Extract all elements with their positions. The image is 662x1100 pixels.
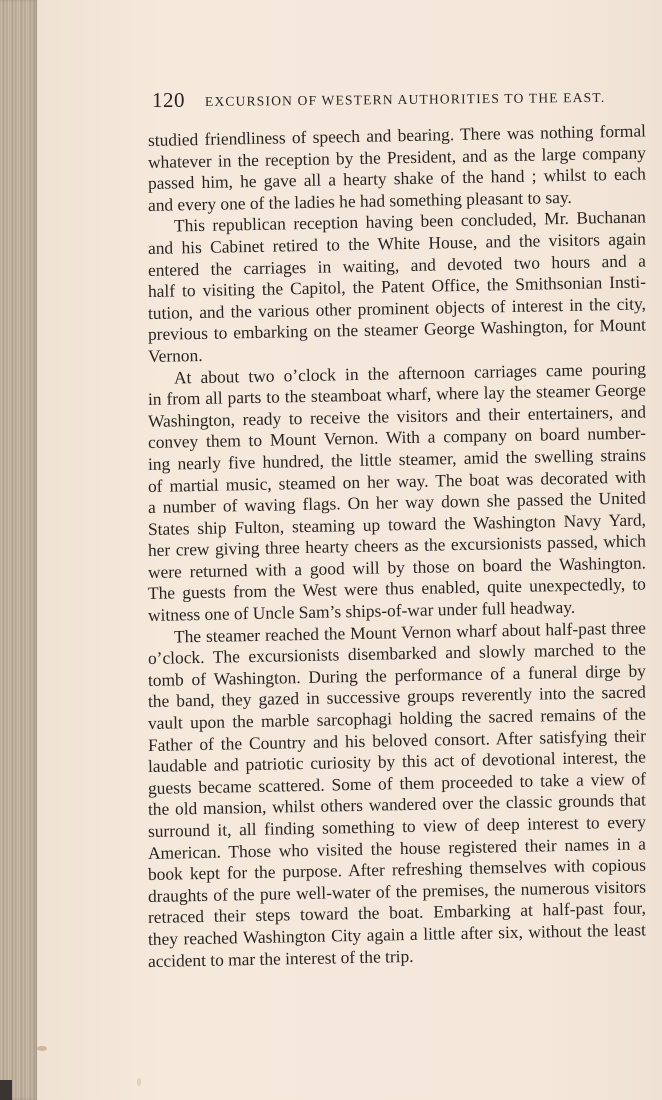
body-text: studied friendliness of speech and beari… xyxy=(148,130,660,972)
ink-stain xyxy=(37,1046,47,1051)
paragraph: This republican reception having been co… xyxy=(148,216,660,367)
paragraph: At about two o’clock in the afternoon ca… xyxy=(148,368,660,627)
book-page-edge xyxy=(0,0,37,1100)
paragraph: studied friendliness of speech and beari… xyxy=(148,130,660,216)
page-number: 120 xyxy=(152,88,185,113)
running-header: 120 EXCURSION OF WESTERN AUTHORITIES TO … xyxy=(148,88,660,124)
book-spine-shadow xyxy=(0,1080,12,1100)
page-text: 120 EXCURSION OF WESTERN AUTHORITIES TO … xyxy=(148,88,660,972)
paragraph: The steamer reached the Mount Vernon wha… xyxy=(148,627,660,973)
paper-stain xyxy=(137,1078,141,1086)
running-title: EXCURSION OF WESTERN AUTHORITIES TO THE … xyxy=(205,90,606,110)
